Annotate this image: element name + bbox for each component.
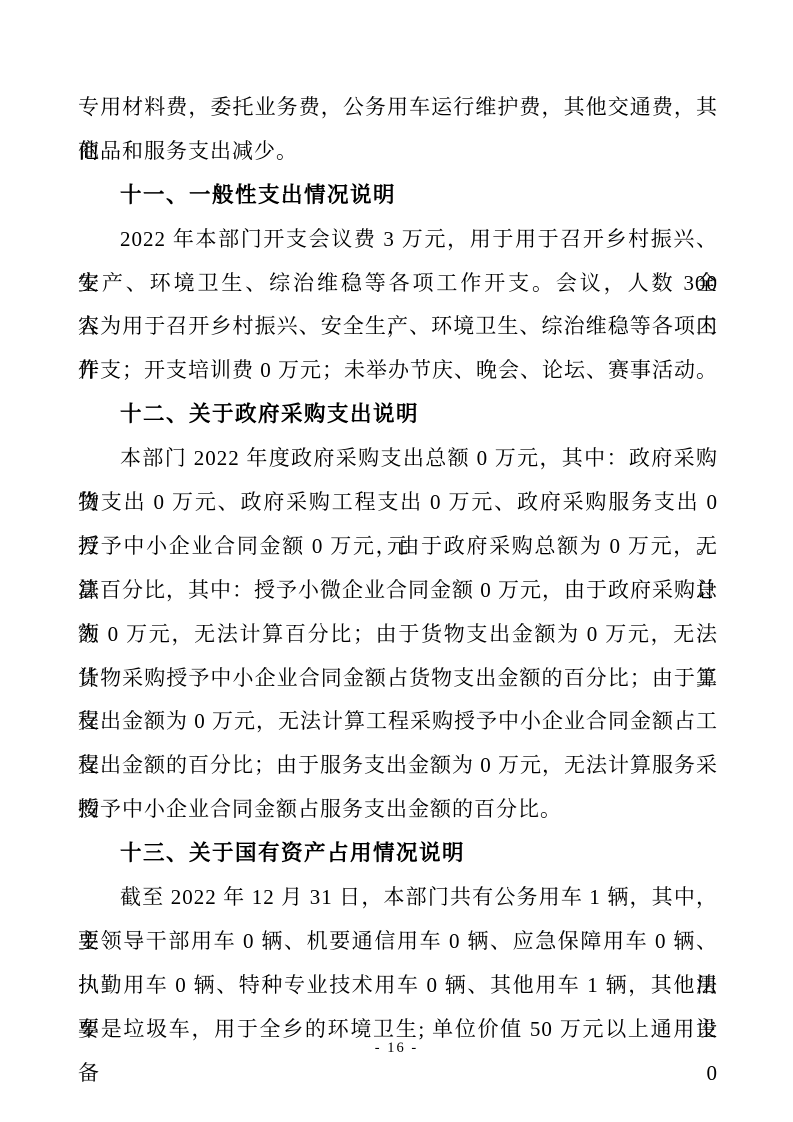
text-line: 2022 年本部门开支会议费 3 万元，用于用于召开乡村振兴、安全	[78, 218, 718, 262]
text-line: 执勤用车 0 辆、特种专业技术用车 0 辆、其他用车 1 辆，其他用车主	[78, 964, 718, 1008]
section-heading: 十二、关于政府采购支出说明	[78, 393, 718, 437]
text-line: 货物采购授予中小企业合同金额占货物支出金额的百分比；由于工程	[78, 657, 718, 701]
body-paragraph: 2022 年本部门开支会议费 3 万元，用于用于召开乡村振兴、安全生产、环境卫生…	[78, 218, 718, 394]
text-line: 为 0 万元，无法计算百分比；由于货物支出金额为 0 万元，无法计算	[78, 613, 718, 657]
text-line: 要领导干部用车 0 辆、机要通信用车 0 辆、应急保障用车 0 辆、执法	[78, 920, 718, 964]
text-line: 本部门 2022 年度政府采购支出总额 0 万元，其中：政府采购货	[78, 437, 718, 481]
text-line: 授予中小企业合同金额 0 万元，由于政府采购总额为 0 万元，无法计	[78, 525, 718, 569]
section-heading: 十三、关于国有资产占用情况说明	[78, 832, 718, 876]
body-paragraph: 截至 2022 年 12 月 31 日，本部门共有公务用车 1 辆，其中，主要领…	[78, 876, 718, 1052]
text-line: 生产、环境卫生、综治维稳等各项工作开支。会议，人数 300 人，内	[78, 262, 718, 306]
text-line: 容为用于召开乡村振兴、安全生产、环境卫生、综治维稳等各项工作	[78, 305, 718, 349]
text-line: 物支出 0 万元、政府采购工程支出 0 万元、政府采购服务支出 0 万元。	[78, 481, 718, 525]
text-line: 截至 2022 年 12 月 31 日，本部门共有公务用车 1 辆，其中，主	[78, 876, 718, 920]
text-line: 支出金额为 0 万元，无法计算工程采购授予中小企业合同金额占工程	[78, 700, 718, 744]
text-line: 算百分比，其中：授予小微企业合同金额 0 万元，由于政府采购总额	[78, 569, 718, 613]
text-line: 商品和服务支出减少。	[78, 130, 718, 174]
text-line: 授予中小企业合同金额占服务支出金额的百分比。	[78, 788, 718, 832]
section-heading: 十一、一般性支出情况说明	[78, 174, 718, 218]
document-page: 专用材料费，委托业务费，公务用车运行维护费，其他交通费，其他商品和服务支出减少。…	[0, 0, 793, 1122]
text-line: 开支；开支培训费 0 万元；未举办节庆、晚会、论坛、赛事活动。	[78, 349, 718, 393]
text-line: 支出金额的百分比；由于服务支出金额为 0 万元，无法计算服务采购	[78, 744, 718, 788]
body-paragraph: 本部门 2022 年度政府采购支出总额 0 万元，其中：政府采购货物支出 0 万…	[78, 437, 718, 832]
body-paragraph: 专用材料费，委托业务费，公务用车运行维护费，其他交通费，其他商品和服务支出减少。	[78, 86, 718, 174]
page-number: - 16 -	[0, 1040, 793, 1057]
document-body: 专用材料费，委托业务费，公务用车运行维护费，其他交通费，其他商品和服务支出减少。…	[78, 86, 718, 1052]
text-line: 专用材料费，委托业务费，公务用车运行维护费，其他交通费，其他	[78, 86, 718, 130]
